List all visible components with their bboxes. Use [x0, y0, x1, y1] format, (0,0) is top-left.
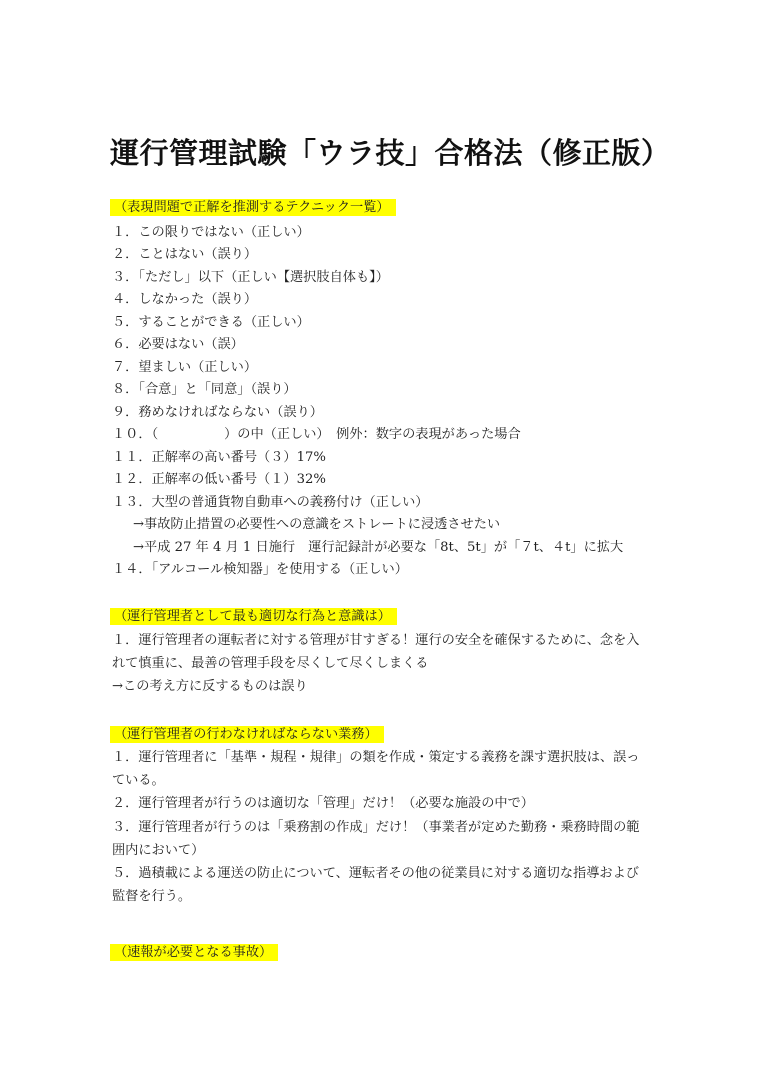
list-subitem: →事故防止措置の必要性への意識をストレートに浸透させたい	[133, 515, 500, 535]
list-item: １．この限りではない（正しい）	[112, 223, 310, 243]
list-subitem: →平成 27 年 4 月 1 日施行 運行記録計が必要な「8t、5t」が「７t、…	[133, 538, 623, 558]
paragraph-line: れて慎重に、最善の管理手段を尽くして尽くしまくる	[112, 654, 429, 674]
highlighted-heading: （運行管理者の行わなければならない業務）	[110, 726, 384, 743]
paragraph-line: ３．運行管理者が行うのは「乗務割の作成」だけ！（事業者が定めた勤務・乗務時間の範	[112, 818, 640, 838]
paragraph-line: 囲内において）	[112, 841, 204, 861]
list-item: １４．「アルコール検知器」を使用する（正しい）	[112, 560, 408, 580]
list-item: ４．しなかった（誤り）	[112, 290, 257, 310]
list-item: ８．「合意」と「同意」（誤り）	[112, 380, 297, 400]
list-item: ３．「ただし」以下（正しい【選択肢自体も】）	[112, 268, 389, 288]
highlighted-heading: （速報が必要となる事故）	[110, 944, 278, 961]
document-title: 運行管理試験「ウラ技」合格法（修正版）	[110, 133, 671, 173]
list-item: １３．大型の普通貨物自動車への義務付け（正しい）	[112, 493, 429, 513]
paragraph-line: ている。	[112, 771, 165, 791]
list-item: １０．（ ）の中（正しい） 例外：数字の表現があった場合	[112, 425, 521, 445]
list-item: ７．望ましい（正しい）	[112, 358, 257, 378]
paragraph-line: １．運行管理者の運転者に対する管理が甘すぎる！運行の安全を確保するために、念を入	[112, 631, 640, 651]
section-header-urgent-report-accidents: （速報が必要となる事故）	[112, 943, 278, 963]
list-item: ９．務めなければならない（誤り）	[112, 403, 323, 423]
highlighted-heading: （表現問題で正解を推測するテクニック一覧）	[110, 199, 396, 216]
list-item: ５．することができる（正しい）	[112, 313, 310, 333]
section-header-required-duties: （運行管理者の行わなければならない業務）	[112, 725, 384, 745]
paragraph-line: １．運行管理者に「基準・規程・規律」の類を作成・策定する義務を課す選択肢は、誤っ	[112, 748, 640, 768]
list-item: １２．正解率の低い番号（１）32%	[112, 470, 326, 490]
document-page: 運行管理試験「ウラ技」合格法（修正版） （表現問題で正解を推測するテクニック一覧…	[0, 0, 768, 1087]
paragraph-line: 監督を行う。	[112, 887, 191, 907]
list-item: ６．必要はない（誤）	[112, 335, 244, 355]
paragraph-line: ２．運行管理者が行うのは適切な「管理」だけ！（必要な施設の中で）	[112, 794, 534, 814]
highlighted-heading: （運行管理者として最も適切な行為と意識は）	[110, 608, 397, 625]
paragraph-line: →この考え方に反するものは誤り	[112, 677, 308, 697]
list-item: １１．正解率の高い番号（３）17%	[112, 448, 326, 468]
section-header-appropriate-conduct: （運行管理者として最も適切な行為と意識は）	[112, 607, 397, 627]
paragraph-line: ５．過積載による運送の防止について、運転者その他の従業員に対する適切な指導および	[112, 864, 639, 884]
section-header-techniques: （表現問題で正解を推測するテクニック一覧）	[112, 198, 396, 218]
list-item: ２．ことはない（誤り）	[112, 245, 257, 265]
